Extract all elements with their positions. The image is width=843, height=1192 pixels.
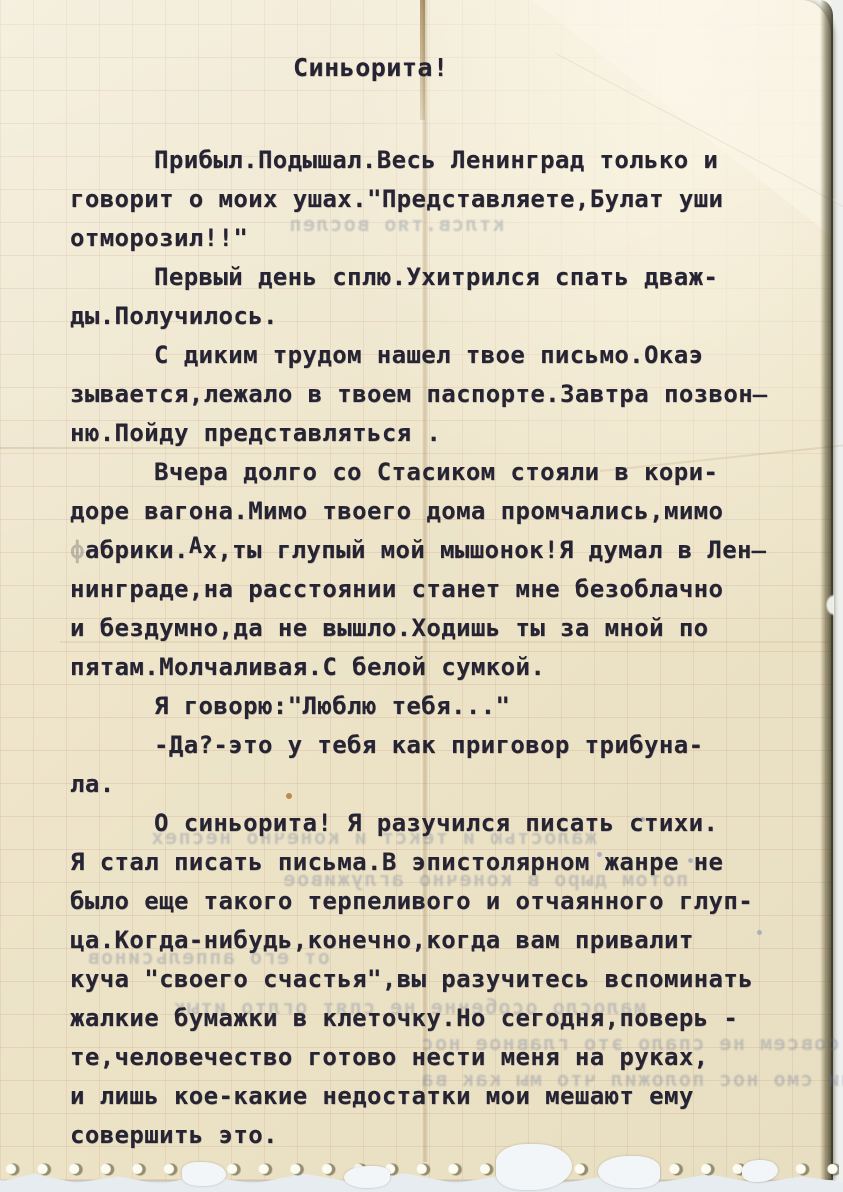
letter-line: -Да?-это у тебя как приговор трибуна- [70,726,790,765]
letter-line: Первый день сплю.Ухитрился спать дваж- [70,258,790,297]
letter-line: и лишь кое-какие недостатки мои мешают е… [70,1077,790,1116]
letter-line: ца.Когда-нибудь,конечно,когда вам привал… [70,921,790,960]
letter-line: доре вагона.Мимо твоего дома промчались,… [70,492,790,531]
scanned-letter-page: ктлсв.тяо вослепжалостью и текст и конеч… [0,0,843,1192]
perforation-holes [3,1160,839,1179]
letter-line: куча "своего счастья",вы разучитесь вспо… [70,960,790,999]
letter-line: отморозил!!" [70,219,790,258]
letter-line: говорит о моих ушах."Представляете,Булат… [70,180,790,219]
letter-line: совершить это. [70,1116,790,1155]
letter-line: жалкие бумажки в клеточку.Но сегодня,пов… [70,999,790,1038]
letter-line-fragment: абрики. [85,536,189,564]
letter-line: Прибыл.Подышал.Весь Ленинград только и [70,141,790,180]
letter-salutation: Синьорита! [293,53,449,82]
letter-line: ла. [70,765,790,804]
letter-line: О синьорита! Я разучился писать стихи. [70,804,790,843]
letter-line: Я стал писать письма.В эпистолярном жанр… [70,843,790,882]
letter-line-fragment: ф [70,536,85,564]
paper-right-edge-shadow [820,0,833,1180]
torn-paper-hole [182,1162,226,1186]
letter-line-fragment: х,ты глупый мой мышонок!Я думал в Лен̶ [202,536,766,564]
paper-edge-notch [824,592,834,618]
letter-line: Вчера долго со Стасиком стояли в кори- [70,453,790,492]
letter-line: ды.Получилось. [70,297,790,336]
torn-paper-hole [598,1156,660,1188]
letter-line: те,человечество готово нести меня на рук… [70,1038,790,1077]
letter-line: С диким трудом нашел твое письмо.Окаэ [70,336,790,375]
letter-line: Я говорю:"Люблю тебя..." [70,687,790,726]
letter-line: ню.Пойду представляться . [70,414,790,453]
letter-line: зывается,лежало в твоем паспорте.Завтра … [70,375,790,414]
letter-line: фабрики.Ах,ты глупый мой мышонок!Я думал… [70,531,790,570]
letter-line-fragment: А [189,534,203,559]
letter-line: пятам.Молчаливая.С белой сумкой. [70,648,790,687]
letter-line: и бездумно,да не вышло.Ходишь ты за мной… [70,609,790,648]
letter-line: нинграде,на расстоянии станет мне безобл… [70,570,790,609]
torn-paper-hole [344,1166,390,1188]
letter-line: было еще такого терпеливого и отчаянного… [70,882,790,921]
letter-body: Прибыл.Подышал.Весь Ленинград только иго… [70,141,790,1155]
torn-paper-hole [496,1144,572,1190]
